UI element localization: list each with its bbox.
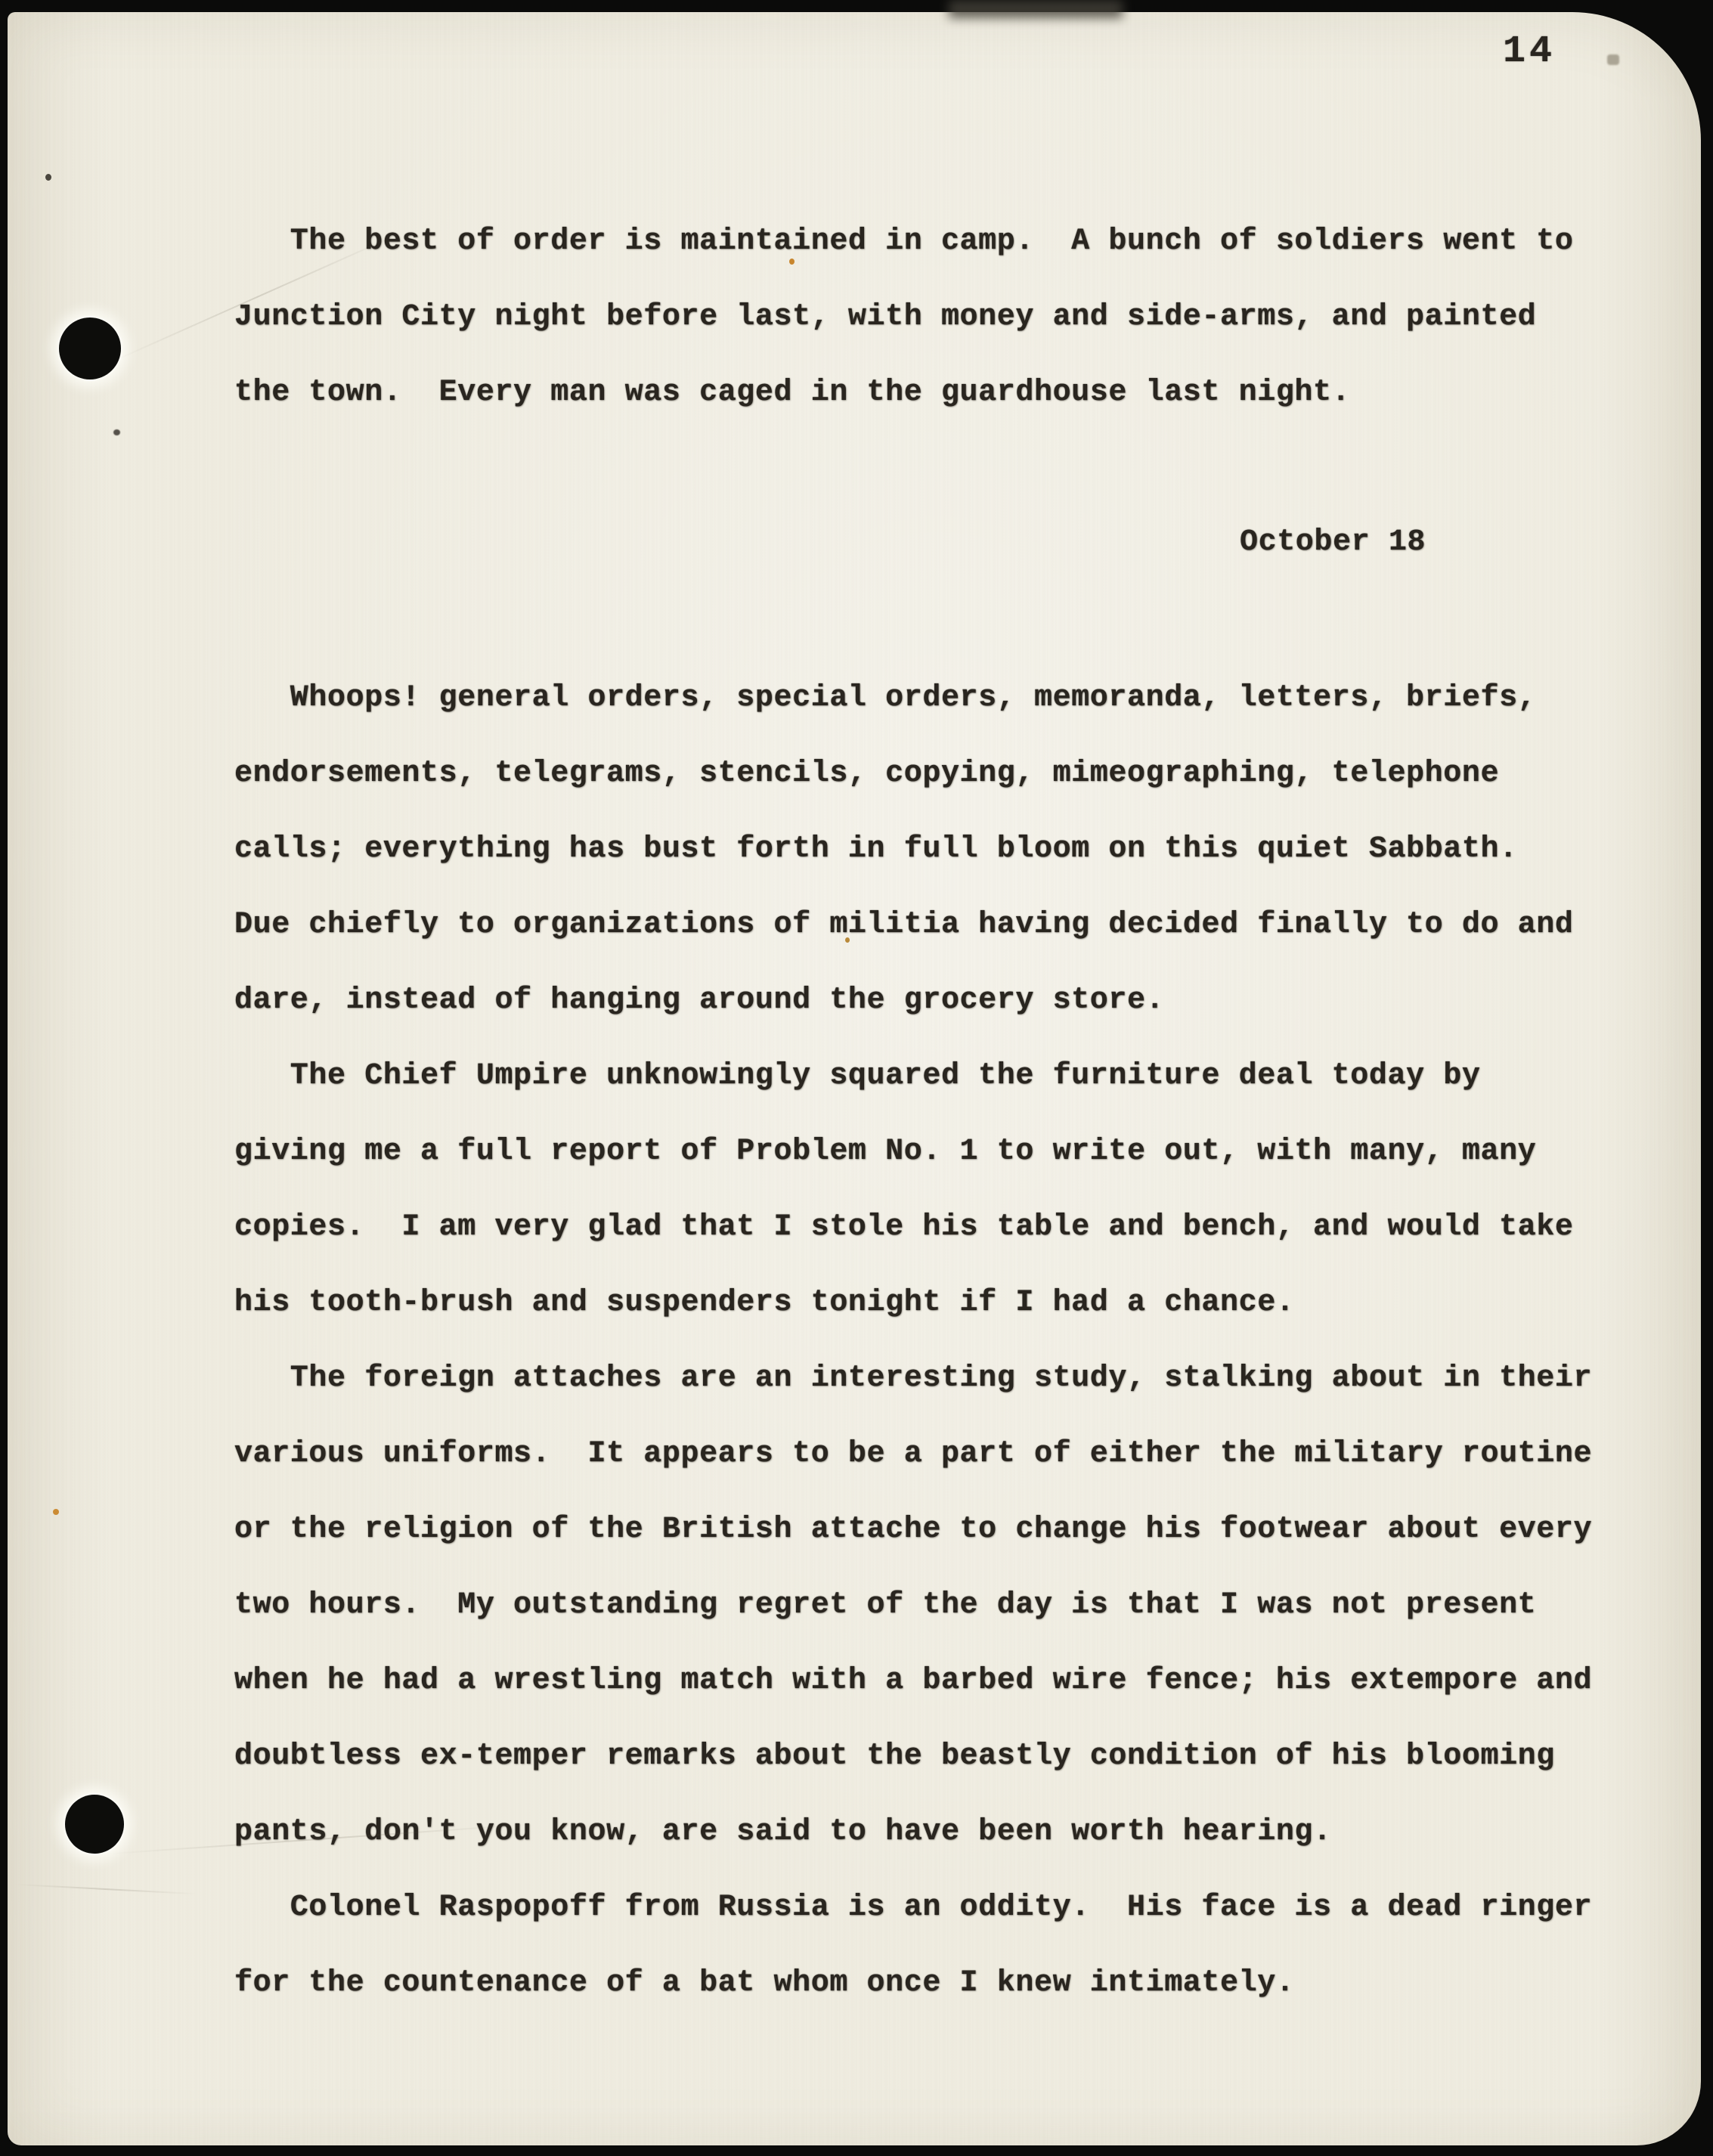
- text-line: doubtless ex-temper remarks about the be…: [234, 1719, 1656, 1795]
- text-line: giving me a full report of Problem No. 1…: [234, 1114, 1656, 1190]
- text-line: two hours. My outstanding regret of the …: [234, 1568, 1656, 1643]
- body-paragraphs: Whoops! general orders, special orders, …: [234, 661, 1656, 2021]
- paper-speck: [53, 1509, 59, 1515]
- date-heading: October 18: [234, 505, 1656, 581]
- text-line: for the countenance of a bat whom once I…: [234, 1946, 1656, 2021]
- text-line: or the religion of the British attache t…: [234, 1492, 1656, 1568]
- punch-hole-bottom: [65, 1795, 124, 1854]
- paper-speck: [45, 174, 51, 181]
- paper-speck: [113, 429, 120, 435]
- scanned-page-background: 14 The best of order is maintained in ca…: [0, 0, 1713, 2156]
- text-line: The foreign attaches are an interesting …: [234, 1341, 1656, 1417]
- text-line: The Chief Umpire unknowingly squared the…: [234, 1039, 1656, 1114]
- text-line: Junction City night before last, with mo…: [234, 280, 1656, 355]
- text-line: Colonel Raspopoff from Russia is an oddi…: [234, 1870, 1656, 1946]
- text-line: endorsements, telegrams, stencils, copyi…: [234, 736, 1656, 812]
- scan-edge-smudge: [949, 0, 1123, 18]
- text-line: various uniforms. It appears to be a par…: [234, 1417, 1656, 1492]
- text-line: The best of order is maintained in camp.…: [234, 204, 1656, 280]
- text-line: his tooth-brush and suspenders tonight i…: [234, 1265, 1656, 1341]
- paper-speck: [845, 937, 850, 943]
- text-line: calls; everything has bust forth in full…: [234, 812, 1656, 887]
- punch-hole-top: [59, 318, 121, 379]
- paragraph-1: The best of order is maintained in camp.…: [234, 204, 1656, 431]
- text-line: when he had a wrestling match with a bar…: [234, 1643, 1656, 1719]
- text-line: copies. I am very glad that I stole his …: [234, 1190, 1656, 1265]
- ink-smudge: [1607, 54, 1619, 65]
- text-line: the town. Every man was caged in the gua…: [234, 355, 1656, 431]
- typewritten-text: The best of order is maintained in camp.…: [234, 136, 1656, 2089]
- paper-speck: [789, 259, 795, 265]
- text-line: pants, don't you know, are said to have …: [234, 1795, 1656, 1870]
- text-line: dare, instead of hanging around the groc…: [234, 963, 1656, 1039]
- text-line: Due chiefly to organizations of militia …: [234, 887, 1656, 963]
- text-line: Whoops! general orders, special orders, …: [234, 661, 1656, 736]
- page-number: 14: [1503, 30, 1556, 73]
